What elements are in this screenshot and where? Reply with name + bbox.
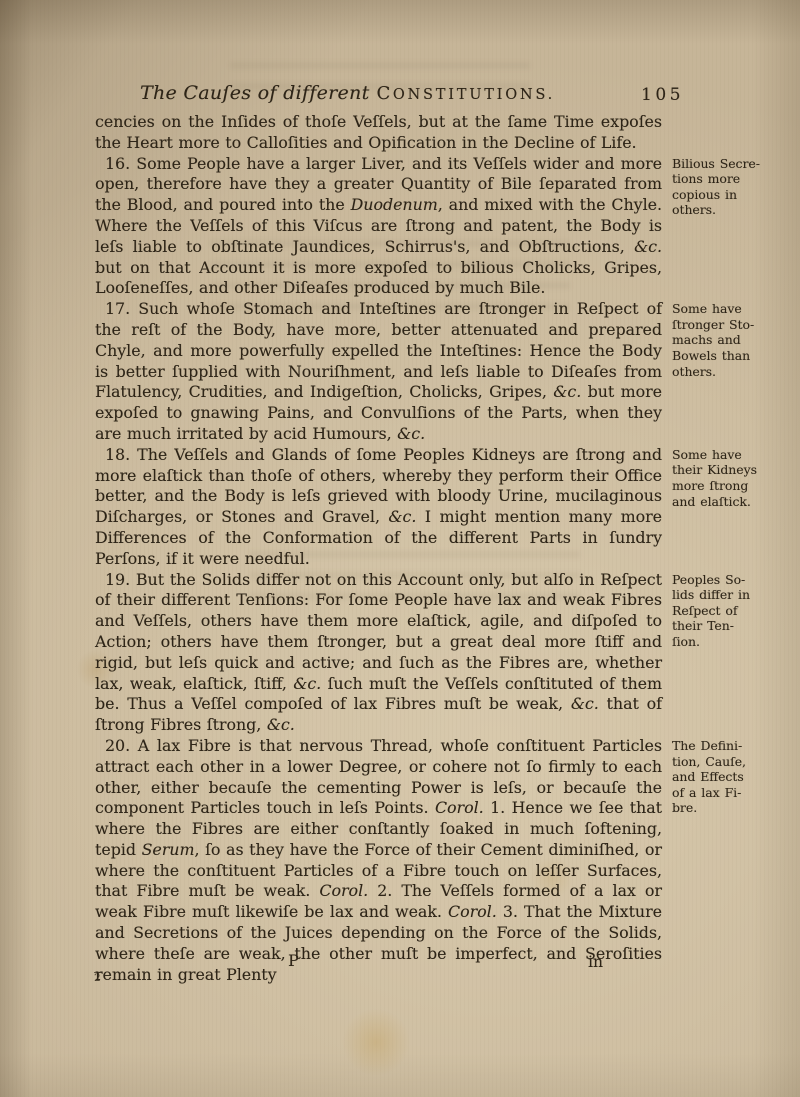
italic-text-segment: Corol. bbox=[435, 798, 484, 817]
text-block: cencies on the Inſides of thoſe Veſſels,… bbox=[95, 112, 662, 985]
margin-note: Bilious Secre- tions more copious in oth… bbox=[672, 156, 800, 218]
paragraph-section-19: 19. But the Solids differ not on this Ac… bbox=[95, 570, 662, 736]
text-segment: cencies on the Inſides of thoſe Veſſels,… bbox=[95, 112, 662, 152]
italic-text-segment: &c. bbox=[634, 237, 662, 256]
page-title-italic: The Cauſes of different bbox=[140, 82, 370, 104]
book-page-scan: The Cauſes of differentCONSTITUTIONS. 10… bbox=[0, 0, 800, 1097]
margin-note: Peoples So- lids differ in Reſpect of th… bbox=[672, 572, 800, 650]
italic-text-segment: &c. bbox=[571, 694, 599, 713]
italic-text-segment: &c. bbox=[397, 424, 425, 443]
italic-text-segment: &c. bbox=[293, 674, 321, 693]
page-title-caps-rest: ONSTITUTIONS. bbox=[393, 87, 555, 103]
italic-text-segment: &c. bbox=[553, 382, 581, 401]
italic-text-segment: Duodenum bbox=[351, 195, 438, 214]
margin-note: Some have ſtronger Sto- machs and Bowels… bbox=[672, 301, 800, 379]
paragraph-section-17: 17. Such whoſe Stomach and Inteſtines ar… bbox=[95, 299, 662, 445]
margin-note: The Defini- tion, Cauſe, and Effects of … bbox=[672, 738, 800, 816]
text-segment: but on that Account it is more expoſed t… bbox=[95, 258, 662, 298]
italic-text-segment: Corol. bbox=[448, 902, 497, 921]
paragraph-section-20: 20. A lax Fibre is that nervous Thread, … bbox=[95, 736, 662, 986]
italic-text-segment: &c. bbox=[267, 715, 295, 734]
paragraph-continuation: cencies on the Inſides of thoſe Veſſels,… bbox=[95, 112, 662, 154]
running-header: The Cauſes of differentCONSTITUTIONS. bbox=[95, 82, 662, 104]
paragraph-section-16: 16. Some People have a larger Liver, and… bbox=[95, 154, 662, 300]
italic-text-segment: Corol. bbox=[319, 881, 368, 900]
margin-note: Some have their Kidneys more ſtrong and … bbox=[672, 447, 800, 509]
signature-mark: P bbox=[288, 951, 299, 970]
paragraph-section-18: 18. The Veſſels and Glands of ſome Peopl… bbox=[95, 445, 662, 570]
page-title-caps-initial: C bbox=[377, 83, 393, 104]
italic-text-segment: &c. bbox=[388, 507, 416, 526]
italic-text-segment: Serum bbox=[142, 840, 195, 859]
page-number: 105 bbox=[641, 85, 684, 105]
page-title: The Cauſes of differentCONSTITUTIONS. bbox=[140, 84, 555, 103]
catchword: in bbox=[588, 953, 603, 971]
press-figure: 2 bbox=[94, 972, 101, 984]
